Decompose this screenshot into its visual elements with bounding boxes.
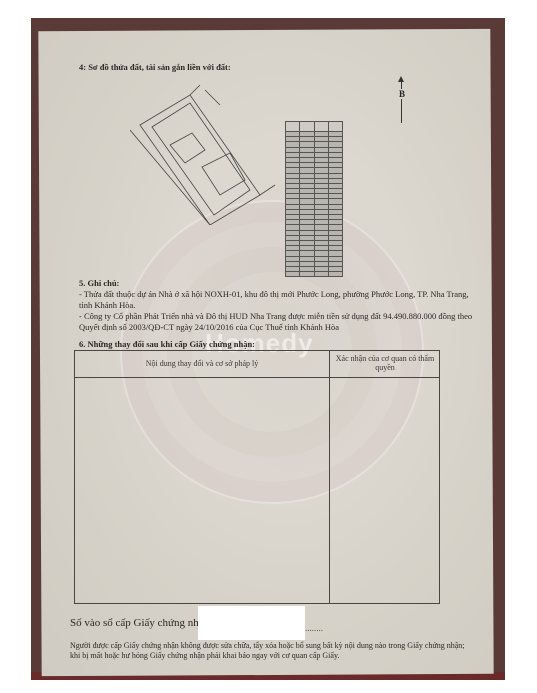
header-divider: [75, 377, 439, 378]
section5-notes: 5. Ghi chú: - Thửa đất thuộc dự án Nhà ở…: [79, 278, 479, 333]
column-header-confirmation: Xác nhận của cơ quan có thẩm quyền: [331, 354, 439, 372]
north-line: [401, 78, 402, 123]
north-arrow-icon: [398, 76, 404, 82]
certificate-notice: Người được cấp Giấy chứng nhận không đượ…: [70, 641, 470, 661]
section5-title: 5. Ghi chú:: [79, 278, 479, 289]
registry-number-label: Số vào sổ cấp Giấy chứng nhận: [70, 618, 209, 629]
changes-table: Nội dung thay đổi và cơ sở pháp lý Xác n…: [74, 350, 440, 604]
section4-title: 4: Sơ đồ thửa đất, tài sản gắn liền với …: [79, 62, 231, 73]
redacted-registry-number: [198, 606, 305, 640]
registry-dots: ........: [305, 623, 323, 633]
section6-title: 6. Những thay đổi sau khi cấp Giấy chứng…: [79, 339, 255, 350]
column-divider: [329, 351, 330, 603]
coordinate-table: [285, 121, 343, 277]
column-header-content: Nội dung thay đổi và cơ sở pháp lý: [75, 359, 329, 368]
note-1: - Thửa đất thuộc dự án Nhà ở xã hội NOXH…: [79, 289, 479, 311]
note-2: - Công ty Cổ phần Phát Triển nhà và Đô t…: [79, 311, 479, 333]
north-label: B: [399, 89, 405, 99]
land-plot-diagram: [130, 85, 290, 225]
